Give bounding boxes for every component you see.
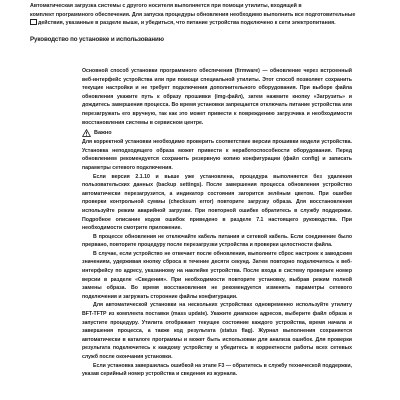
intro-line: Автоматическая загрузка системы с другог… xyxy=(30,2,380,11)
intro-line: комплект программного обеспечения. Для з… xyxy=(30,11,380,20)
note-paragraph: В процессе обновления не отключайте кабе… xyxy=(82,233,352,250)
body-text: Основной способ установки программного о… xyxy=(82,67,352,379)
warning-triangle-icon xyxy=(82,129,91,137)
note-header: Важно xyxy=(82,128,352,138)
document-icon xyxy=(30,19,37,25)
paragraph: Основной способ установки программного о… xyxy=(82,67,352,127)
intro-paragraph: Автоматическая загрузка системы с другог… xyxy=(30,2,380,28)
intro-line: действия, указанные в разделе выше, и уб… xyxy=(38,20,336,26)
document-page: Автоматическая загрузка системы с другог… xyxy=(0,0,400,400)
note-label: Важно xyxy=(94,129,112,138)
intro-line-with-icon: действия, указанные в разделе выше, и уб… xyxy=(30,19,380,28)
note-paragraph: Для корректной установки необходимо пров… xyxy=(82,138,352,172)
section-title: Руководство по установке и использованию xyxy=(30,36,164,43)
note-paragraph: Если версия 2.1.10 и выше уже установлен… xyxy=(82,173,352,233)
note-paragraph: Если установка завершилась ошибкой на эт… xyxy=(82,362,352,379)
note-paragraph: Для автоматической установки на нескольк… xyxy=(82,301,352,361)
note-paragraph: В случае, если устройство не отвечает по… xyxy=(82,250,352,302)
